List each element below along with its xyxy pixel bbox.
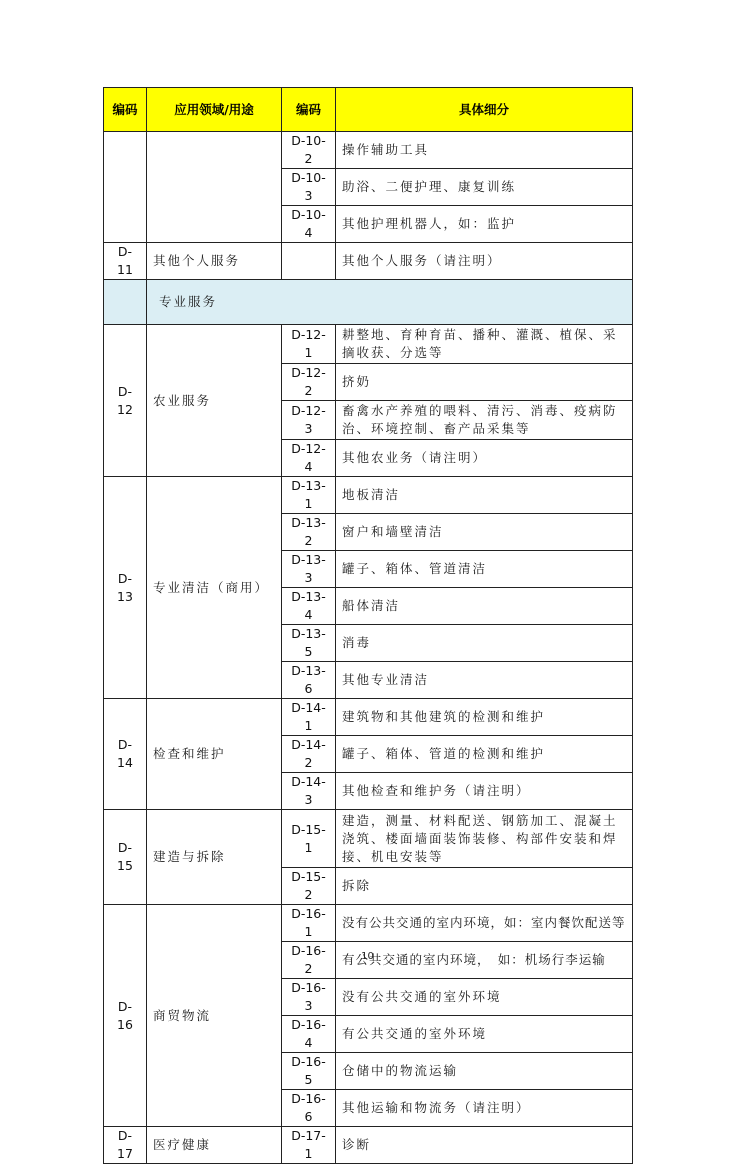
detail: 其他检查和维护务（请注明） bbox=[336, 773, 633, 810]
table-row: D-17 医疗健康 D-17-1 诊断 bbox=[104, 1127, 633, 1164]
detail: 船体清洁 bbox=[336, 588, 633, 625]
group-domain: 医疗健康 bbox=[147, 1127, 282, 1164]
sub-code: D-12-3 bbox=[282, 401, 336, 440]
detail: 消毒 bbox=[336, 625, 633, 662]
detail: 其他农业务（请注明） bbox=[336, 440, 633, 477]
table-row: D-15 建造与拆除 D-15-1 建造，测量、材料配送、钢筋加工、混凝土浇筑、… bbox=[104, 810, 633, 868]
document-page: 编码 应用领域/用途 编码 具体细分 D-10-2 操作辅助工具 D-10-3 … bbox=[0, 0, 735, 1039]
detail: 罐子、箱体、管道清洁 bbox=[336, 551, 633, 588]
detail: 其他专业清洁 bbox=[336, 662, 633, 699]
sub-code: D-15-1 bbox=[282, 810, 336, 868]
sub-code: D-15-2 bbox=[282, 868, 336, 905]
group-code: D-17 bbox=[104, 1127, 147, 1164]
sub-code: D-14-3 bbox=[282, 773, 336, 810]
detail: 窗户和墙壁清洁 bbox=[336, 514, 633, 551]
sub-code: D-12-1 bbox=[282, 325, 336, 364]
sub-code: D-13-2 bbox=[282, 514, 336, 551]
detail: 畜禽水产养殖的喂料、清污、消毒、疫病防治、环境控制、畜产品采集等 bbox=[336, 401, 633, 440]
table-row: D-16 商贸物流 D-16-1 没有公共交通的室内环境，如：室内餐饮配送等 bbox=[104, 905, 633, 942]
detail: 地板清洁 bbox=[336, 477, 633, 514]
header-sub-code: 编码 bbox=[282, 88, 336, 132]
table-row: D-14 检查和维护 D-14-1 建筑物和其他建筑的检测和维护 bbox=[104, 699, 633, 736]
detail: 建造，测量、材料配送、钢筋加工、混凝土浇筑、楼面墙面装饰装修、构部件安装和焊接、… bbox=[336, 810, 633, 868]
section-label: 专业服务 bbox=[147, 280, 633, 325]
sub-code: D-16-6 bbox=[282, 1090, 336, 1127]
group-domain: 商贸物流 bbox=[147, 905, 282, 1127]
sub-code: D-10-3 bbox=[282, 169, 336, 206]
sub-code: D-16-4 bbox=[282, 1016, 336, 1053]
group-code: D-13 bbox=[104, 477, 147, 699]
group-domain: 其他个人服务 bbox=[147, 243, 282, 280]
group-code: D-16 bbox=[104, 905, 147, 1127]
detail: 其他运输和物流务（请注明） bbox=[336, 1090, 633, 1127]
sub-code bbox=[282, 243, 336, 280]
header-code: 编码 bbox=[104, 88, 147, 132]
table-row: D-11 其他个人服务 其他个人服务（请注明） bbox=[104, 243, 633, 280]
detail: 拆除 bbox=[336, 868, 633, 905]
sub-code: D-14-2 bbox=[282, 736, 336, 773]
header-detail: 具体细分 bbox=[336, 88, 633, 132]
sub-code: D-14-1 bbox=[282, 699, 336, 736]
sub-code: D-12-2 bbox=[282, 364, 336, 401]
detail: 没有公共交通的室外环境 bbox=[336, 979, 633, 1016]
detail: 操作辅助工具 bbox=[336, 132, 633, 169]
sub-code: D-16-3 bbox=[282, 979, 336, 1016]
section-code-cell bbox=[104, 280, 147, 325]
sub-code: D-12-4 bbox=[282, 440, 336, 477]
group-code-cell bbox=[104, 132, 147, 243]
sub-code: D-13-3 bbox=[282, 551, 336, 588]
group-code: D-12 bbox=[104, 325, 147, 477]
group-domain: 农业服务 bbox=[147, 325, 282, 477]
header-domain: 应用领域/用途 bbox=[147, 88, 282, 132]
detail: 有公共交通的室外环境 bbox=[336, 1016, 633, 1053]
sub-code: D-13-4 bbox=[282, 588, 336, 625]
group-domain-cell bbox=[147, 132, 282, 243]
detail: 没有公共交通的室内环境，如：室内餐饮配送等 bbox=[336, 905, 633, 942]
table-row: D-13 专业清洁（商用） D-13-1 地板清洁 bbox=[104, 477, 633, 514]
detail: 其他个人服务（请注明） bbox=[336, 243, 633, 280]
sub-code: D-13-6 bbox=[282, 662, 336, 699]
detail: 耕整地、育种育苗、播种、灌溉、植保、采摘收获、分选等 bbox=[336, 325, 633, 364]
table-row: D-12 农业服务 D-12-1 耕整地、育种育苗、播种、灌溉、植保、采摘收获、… bbox=[104, 325, 633, 364]
page-number: 10 bbox=[0, 951, 735, 962]
sub-code: D-16-1 bbox=[282, 905, 336, 942]
sub-code: D-10-2 bbox=[282, 132, 336, 169]
sub-code: D-16-5 bbox=[282, 1053, 336, 1090]
detail: 仓储中的物流运输 bbox=[336, 1053, 633, 1090]
detail: 其他护理机器人，如：监护 bbox=[336, 206, 633, 243]
sub-code: D-10-4 bbox=[282, 206, 336, 243]
group-domain: 检查和维护 bbox=[147, 699, 282, 810]
sub-code: D-17-1 bbox=[282, 1127, 336, 1164]
classification-table: 编码 应用领域/用途 编码 具体细分 D-10-2 操作辅助工具 D-10-3 … bbox=[103, 87, 633, 1164]
detail: 诊断 bbox=[336, 1127, 633, 1164]
section-row: 专业服务 bbox=[104, 280, 633, 325]
group-domain: 专业清洁（商用） bbox=[147, 477, 282, 699]
detail: 挤奶 bbox=[336, 364, 633, 401]
group-domain: 建造与拆除 bbox=[147, 810, 282, 905]
group-code: D-11 bbox=[104, 243, 147, 280]
detail: 助浴、二便护理、康复训练 bbox=[336, 169, 633, 206]
group-code: D-15 bbox=[104, 810, 147, 905]
sub-code: D-13-1 bbox=[282, 477, 336, 514]
detail: 罐子、箱体、管道的检测和维护 bbox=[336, 736, 633, 773]
sub-code: D-13-5 bbox=[282, 625, 336, 662]
detail: 建筑物和其他建筑的检测和维护 bbox=[336, 699, 633, 736]
table-row: D-10-2 操作辅助工具 bbox=[104, 132, 633, 169]
group-code: D-14 bbox=[104, 699, 147, 810]
table-header-row: 编码 应用领域/用途 编码 具体细分 bbox=[104, 88, 633, 132]
